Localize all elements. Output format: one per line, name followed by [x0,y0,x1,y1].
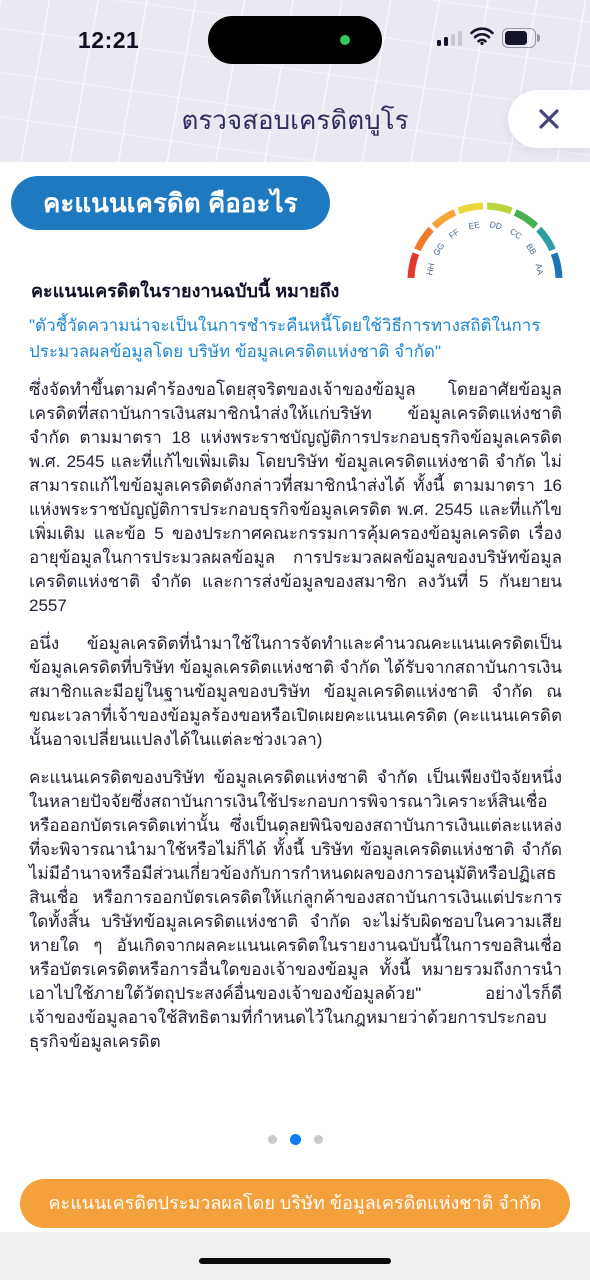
gauge-segment [487,206,511,211]
section-badge: คะแนนเครดิต คืออะไร [11,176,330,230]
section-heading: คะแนนเครดิตในรายงานฉบับนี้ หมายถึง [31,276,562,305]
gauge-segment [411,254,416,278]
status-icons [437,26,543,50]
close-button[interactable] [508,90,590,148]
gauge-grade-label: GG [431,241,447,258]
body-paragraph: คะแนนเครดิตของบริษัท ข้อมูลเครดิตแห่งชาต… [29,766,562,1054]
gauge-grade-label: HH [424,262,436,276]
bottom-system-bar [0,1232,590,1280]
app-screen: 12:21 ตรวจสอบเครดิตบูโร [0,0,590,1280]
pagination-dots [0,1134,590,1145]
dynamic-island [208,16,382,64]
credit-score-gauge: HHGGFFEEDDCCBBAA [396,190,574,286]
page-title: ตรวจสอบเครดิตบูโร [0,100,590,141]
camera-indicator-dot [340,35,350,45]
gauge-grade-label: FF [447,227,461,241]
cellular-signal-icon [437,30,463,46]
close-icon [537,107,561,131]
gauge-grade-label: CC [508,226,524,241]
definition-quote: "ตัวชี้วัดความน่าจะเป็นในการชำระคืนหนี้โ… [29,313,562,365]
wifi-icon [470,27,494,50]
gauge-grade-label: BB [524,242,539,257]
gauge-segment [515,212,536,226]
pagination-dot[interactable] [290,1134,301,1145]
content-card: คะแนนเครดิต คืออะไร HHGGFFEEDDCCBBAA คะแ… [0,162,590,1232]
gauge-grade-label: AA [534,263,546,276]
status-time: 12:21 [78,27,139,54]
gauge-grade-label: EE [468,219,481,231]
body-paragraph: ซึ่งจัดทำขึ้นตามคำร้องขอโดยสุจริตของเจ้า… [29,378,562,618]
gauge-segment [459,206,483,211]
gauge-segment [554,254,559,278]
pagination-dot[interactable] [314,1135,323,1144]
processor-note-banner: คะแนนเครดิตประมวลผลโดย บริษัท ข้อมูลเครด… [20,1179,570,1228]
body-paragraph: อนึ่ง ข้อมูลเครดิตที่นำมาใช้ในการจัดทำแล… [29,632,562,752]
gauge-grade-label: DD [489,219,503,231]
battery-icon [502,28,542,48]
gauge-segment [539,229,553,250]
gauge-segment [434,212,455,226]
gauge-segment [417,229,431,250]
header-background: 12:21 ตรวจสอบเครดิตบูโร [0,0,590,162]
pagination-dot[interactable] [268,1135,277,1144]
text-column: คะแนนเครดิตในรายงานฉบับนี้ หมายถึง "ตัวช… [29,276,562,1068]
home-indicator[interactable] [199,1258,391,1264]
